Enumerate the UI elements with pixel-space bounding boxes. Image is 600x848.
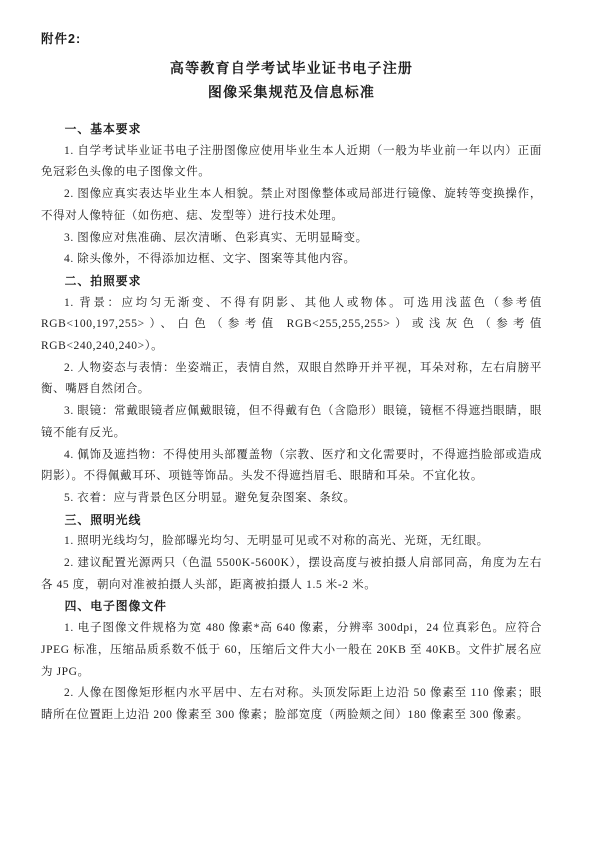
paragraph: 1. 自学考试毕业证书电子注册图像应使用毕业生本人近期（一般为毕业前一年以内）正…: [41, 141, 542, 184]
paragraph: 1. 背景：应均匀无渐变、不得有阴影、其他人或物体。可选用浅蓝色（参考值 RGB…: [41, 293, 542, 358]
paragraph: 3. 图像应对焦准确、层次清晰、色彩真实、无明显畸变。: [41, 228, 542, 250]
section-heading-photo-requirements: 二、拍照要求: [41, 271, 542, 293]
attachment-label: 附件2:: [41, 28, 542, 50]
paragraph: 2. 建议配置光源两只（色温 5500K-5600K），摆设高度与被拍摄人肩部同…: [41, 553, 542, 596]
document-page: 附件2: 高等教育自学考试毕业证书电子注册 图像采集规范及信息标准 一、基本要求…: [0, 0, 600, 848]
paragraph: 5. 衣着：应与背景色区分明显。避免复杂图案、条纹。: [41, 488, 542, 510]
paragraph: 4. 除头像外，不得添加边框、文字、图案等其他内容。: [41, 249, 542, 271]
document-body: 一、基本要求 1. 自学考试毕业证书电子注册图像应使用毕业生本人近期（一般为毕业…: [41, 119, 542, 727]
paragraph: 2. 人像在图像矩形框内水平居中、左右对称。头顶发际距上边沿 50 像素至 11…: [41, 683, 542, 726]
section-heading-electronic-image-file: 四、电子图像文件: [41, 596, 542, 618]
paragraph: 2. 人物姿态与表情：坐姿端正，表情自然，双眼自然睁开并平视，耳朵对称，左右肩膀…: [41, 358, 542, 401]
paragraph: 1. 照明光线均匀，脸部曝光均匀、无明显可见或不对称的高光、光斑，无红眼。: [41, 531, 542, 553]
paragraph: 2. 图像应真实表达毕业生本人相貌。禁止对图像整体或局部进行镜像、旋转等变换操作…: [41, 184, 542, 227]
paragraph: 1. 电子图像文件规格为宽 480 像素*高 640 像素，分辨率 300dpi…: [41, 618, 542, 683]
section-heading-basic-requirements: 一、基本要求: [41, 119, 542, 141]
document-title-line-1: 高等教育自学考试毕业证书电子注册: [41, 56, 542, 80]
paragraph: 3. 眼镜：常戴眼镜者应佩戴眼镜，但不得戴有色（含隐形）眼镜，镜框不得遮挡眼睛，…: [41, 401, 542, 444]
document-title-block: 高等教育自学考试毕业证书电子注册 图像采集规范及信息标准: [41, 56, 542, 104]
paragraph: 4. 佩饰及遮挡物：不得使用头部覆盖物（宗教、医疗和文化需要时，不得遮挡脸部或造…: [41, 445, 542, 488]
section-heading-lighting: 三、照明光线: [41, 510, 542, 532]
document-title-line-2: 图像采集规范及信息标准: [41, 80, 542, 104]
